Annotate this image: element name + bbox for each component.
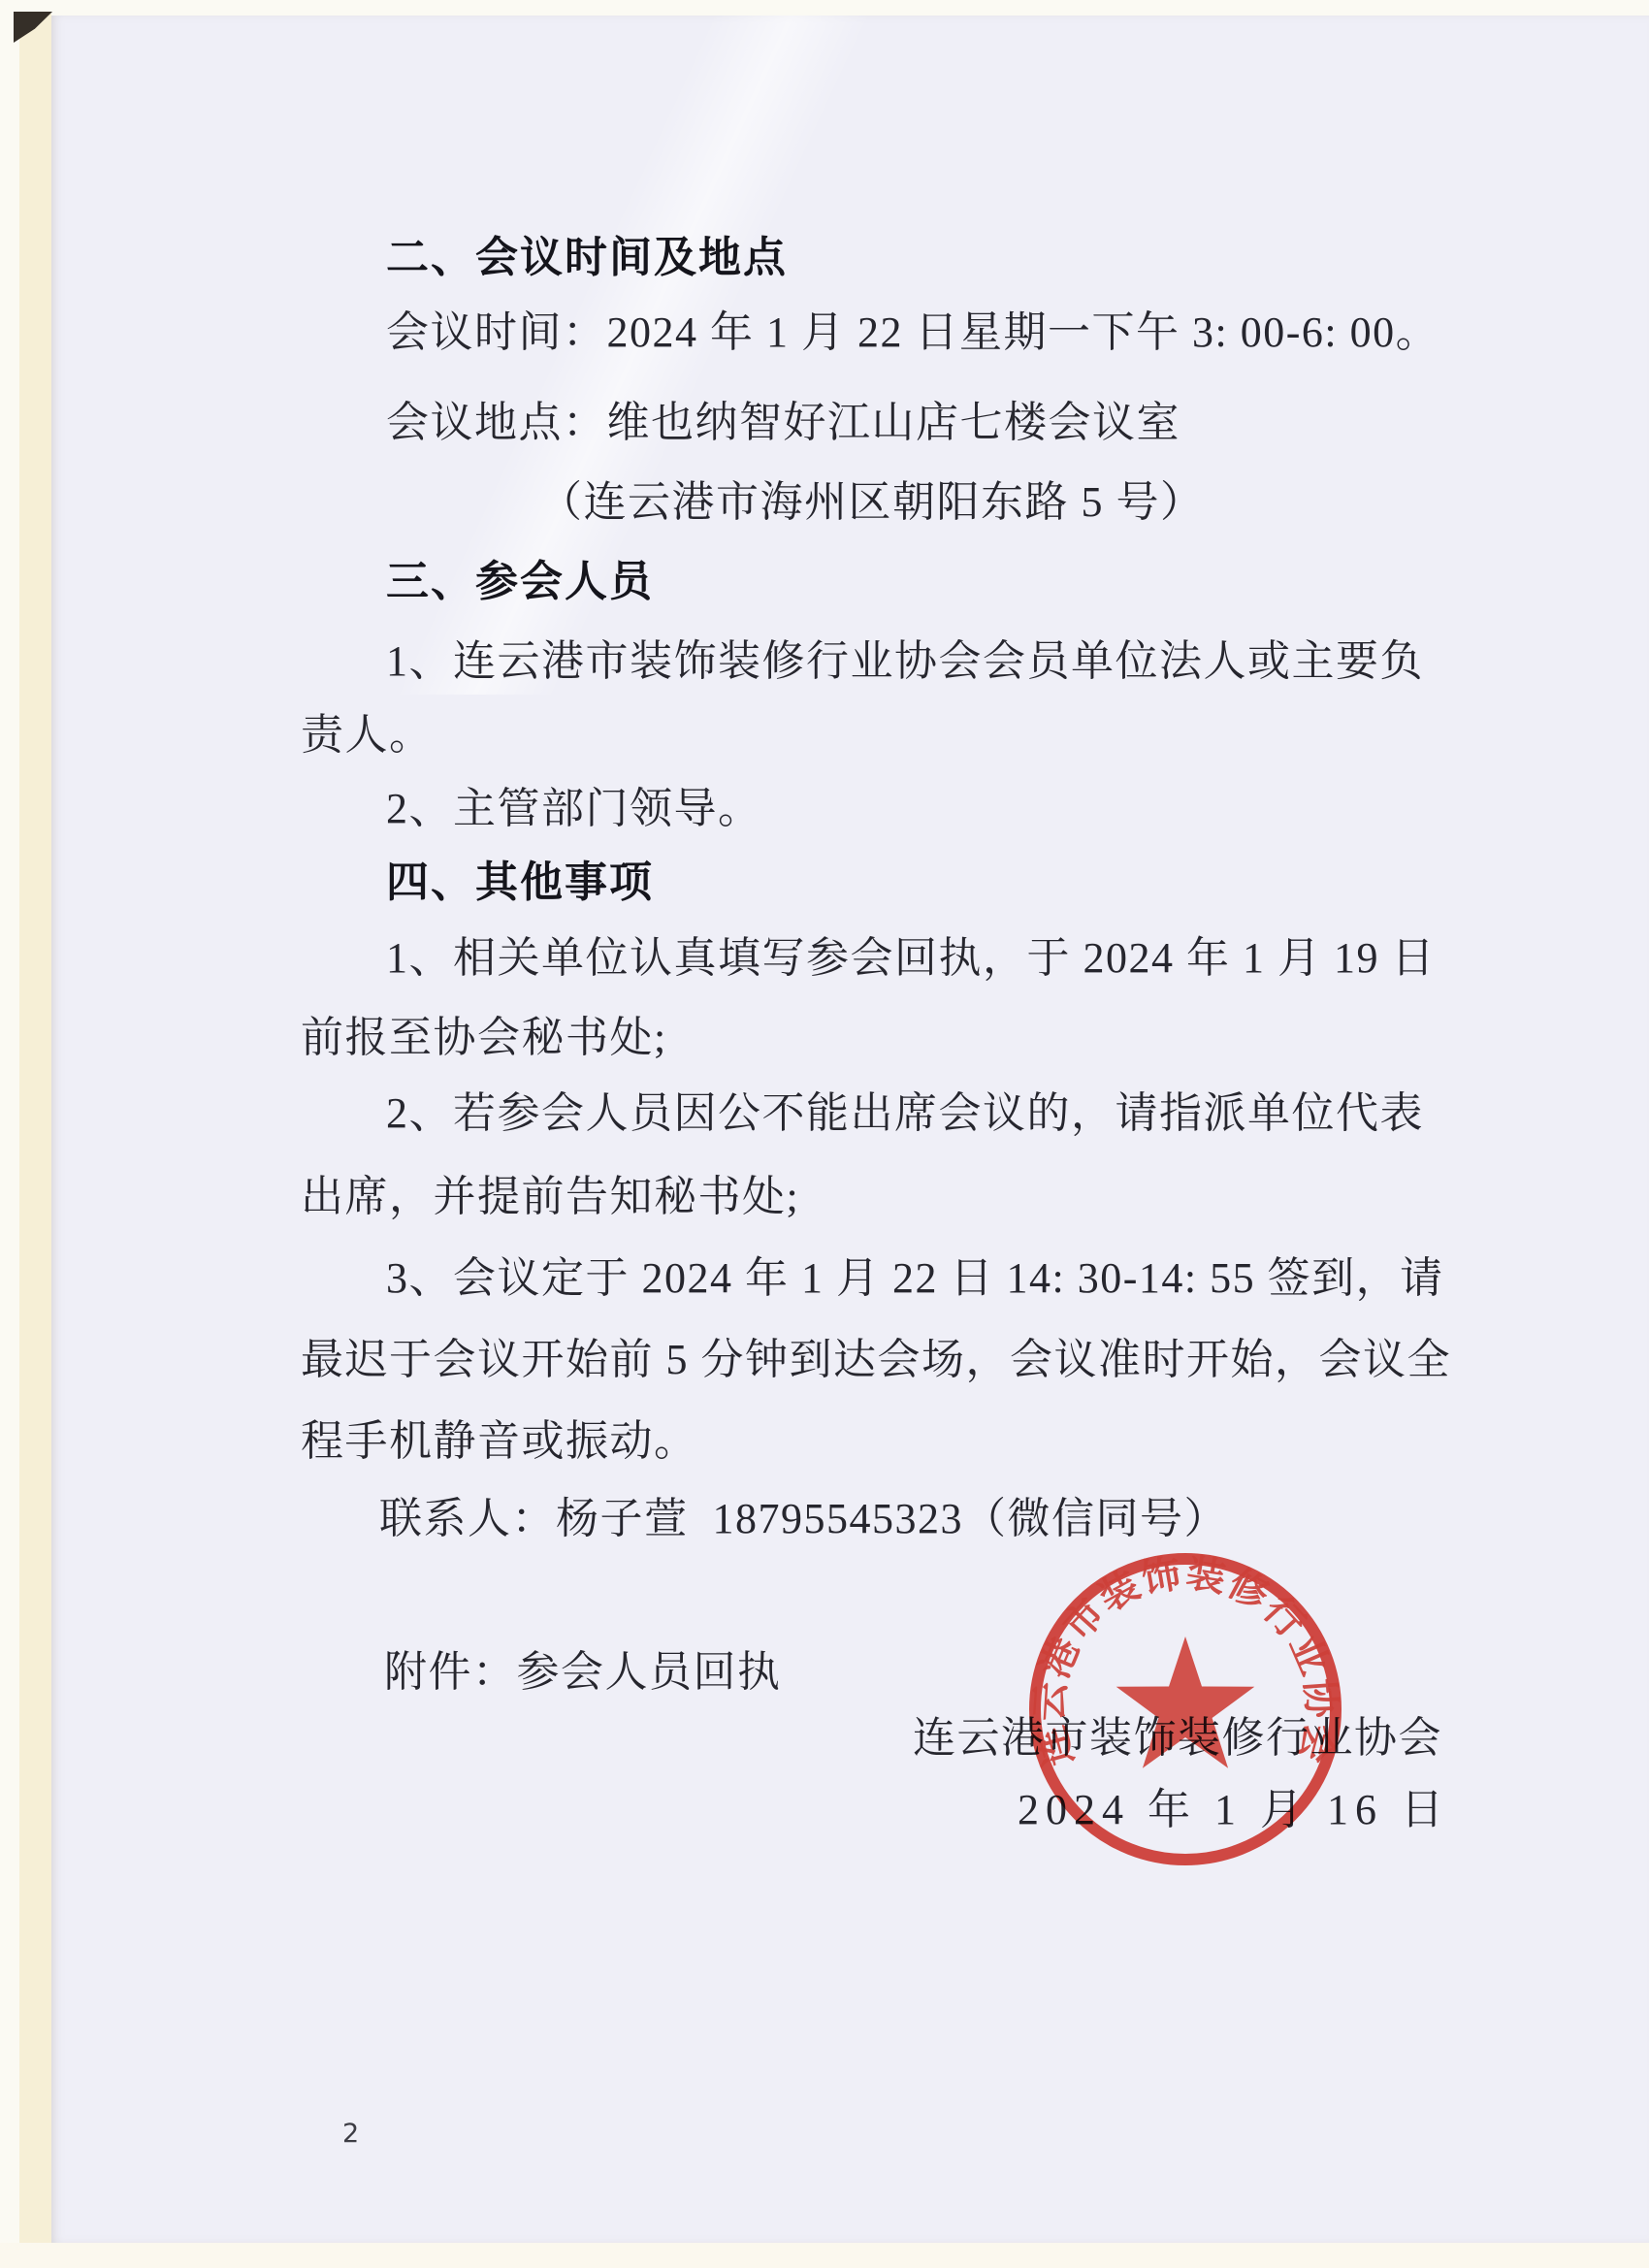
line-other-matter-3: 3、会议定于 2024 年 1 月 22 日 14: 30-14: 55 签到，… [386, 1257, 1444, 1300]
line-meeting-location: 会议地点：维也纳智好江山店七楼会议室 [386, 402, 1180, 444]
line-other-matter-3-cont-2: 程手机静音或振动。 [301, 1420, 698, 1463]
line-participants-1: 1、连云港市装饰装修行业协会会员单位法人或主要负 [386, 640, 1424, 683]
page-number: 2 [342, 2119, 359, 2149]
section-heading-participants: 三、参会人员 [386, 561, 654, 603]
scanner-bottom-edge [0, 2243, 1649, 2268]
line-participants-2: 2、主管部门领导。 [386, 788, 762, 830]
line-participants-1-cont: 责人。 [301, 714, 434, 757]
line-other-matter-2-cont: 出席，并提前告知秘书处; [301, 1176, 799, 1218]
line-other-matter-1: 1、相关单位认真填写参会回执，于 2024 年 1 月 19 日 [386, 937, 1436, 980]
line-meeting-address: （连云港市海州区朝阳东路 5 号） [539, 481, 1205, 524]
line-other-matter-2: 2、若参会人员因公不能出席会议的，请指派单位代表 [386, 1092, 1424, 1135]
star-icon [1116, 1636, 1255, 1768]
line-attachment: 附件：参会人员回执 [384, 1651, 782, 1694]
line-meeting-time: 会议时间：2024 年 1 月 22 日星期一下午 3: 00-6: 00。 [386, 311, 1439, 354]
scanner-edge-strip [19, 14, 51, 2251]
line-other-matter-3-cont-1: 最迟于会议开始前 5 分钟到达会场，会议准时开始，会议全 [301, 1339, 1451, 1381]
line-contact-person: 联系人：杨子萱 18795545323（微信同号） [379, 1498, 1228, 1540]
official-seal-stamp: 连云港市装饰装修行业协会 [1020, 1544, 1350, 1874]
scanned-document: { "page": { "number": "2", "paper_color"… [0, 0, 1649, 2268]
line-other-matter-1-cont: 前报至协会秘书处; [301, 1017, 667, 1059]
section-heading-meeting-time-location: 二、会议时间及地点 [386, 237, 788, 279]
section-heading-other-matters: 四、其他事项 [386, 861, 654, 904]
document-page: 二、会议时间及地点 会议时间：2024 年 1 月 22 日星期一下午 3: 0… [51, 16, 1649, 2243]
